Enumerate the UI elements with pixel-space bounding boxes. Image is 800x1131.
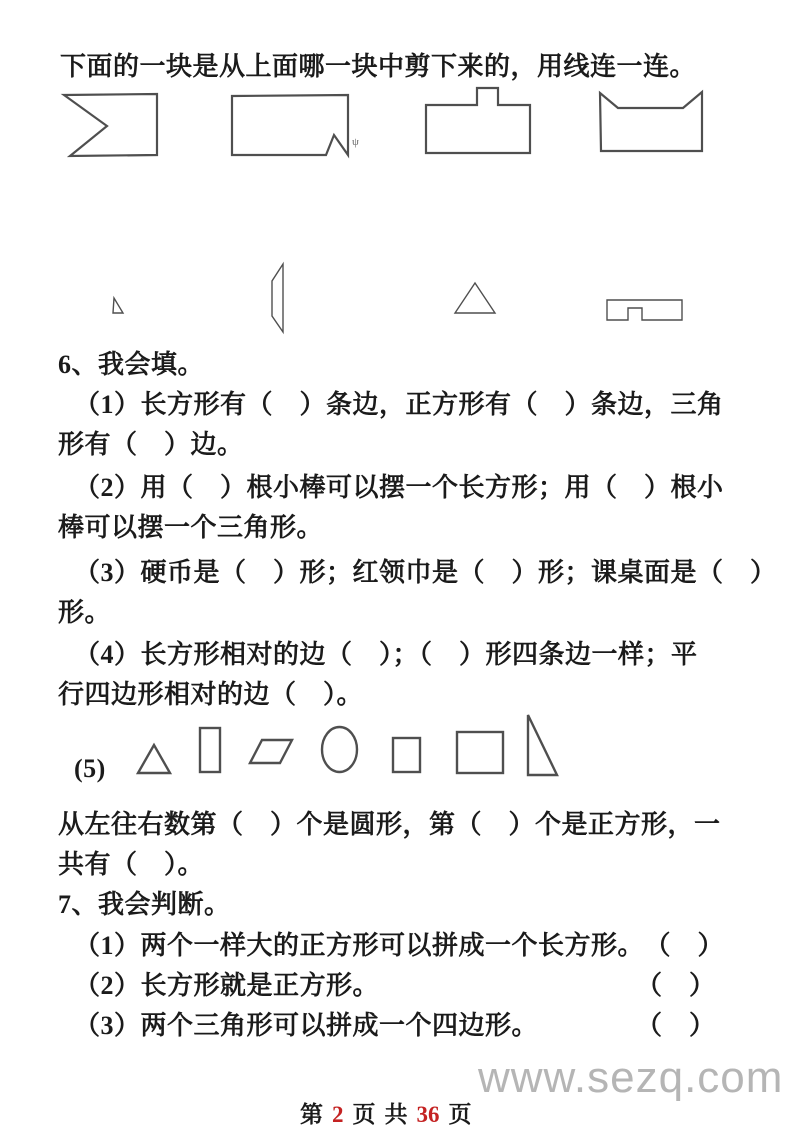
square-shape (457, 732, 503, 773)
q6-item5-label: (5) (74, 754, 106, 784)
q6-item1-line1: （1）长方形有（ ）条边，正方形有（ ）条边，三角 (74, 384, 724, 421)
q7-item2-answer-brackets: （ ） (636, 965, 716, 1002)
footer-mid1: 页 (353, 1102, 376, 1127)
rectangle-with-left-v-notch-shape (64, 94, 157, 156)
q6-item4-line1: （4）长方形相对的边（ ）；（ ）形四条边一样；平 (74, 634, 698, 671)
q6-item2-line1: （2）用（ ）根小棒可以摆一个长方形；用（ ）根小 (74, 467, 724, 504)
q6-item2-line2: 棒可以摆一个三角形。 (58, 507, 323, 544)
worksheet-page: 下面的一块是从上面哪一块中剪下来的，用线连一连。 ψ 6、我会填。 （1）长方形… (0, 0, 800, 1131)
ellipse-shape (322, 727, 357, 772)
q7-item2-text: （2）长方形就是正方形。 (74, 965, 379, 1002)
tall-rectangle-shape (200, 728, 220, 772)
q6-item5-line1: 从左往右数第（ ）个是圆形，第（ ）个是正方形，一 (58, 804, 721, 841)
q6-item5-shapes-row (105, 710, 575, 780)
footer-total-pages: 36 (417, 1102, 440, 1127)
q7-item3-answer-brackets: （ ） (636, 1005, 716, 1042)
page-footer: 第2页共36页 (300, 1096, 481, 1129)
thin-sliver-shape (272, 264, 283, 332)
right-triangle-shape (528, 715, 557, 775)
q6-heading: 6、我会填。 (58, 344, 204, 381)
q7-item1: （1）两个一样大的正方形可以拼成一个长方形。 （ ） (74, 925, 724, 962)
q7-item3-text: （3）两个三角形可以拼成一个四边形。 (74, 1005, 538, 1042)
q6-item3-line1: （3）硬币是（ ）形；红领巾是（ ）形；课桌面是（ ） (74, 552, 777, 589)
worksheet-title: 下面的一块是从上面哪一块中剪下来的，用线连一连。 (60, 46, 696, 83)
triangle-piece-shape (455, 283, 495, 313)
rectangle-with-bottom-right-notch-shape (232, 95, 348, 155)
q6-item5-line2: 共有（ ）。 (58, 844, 204, 881)
artifact-psi-mark: ψ (352, 136, 359, 148)
q6-item3-line2: 形。 (58, 592, 111, 629)
footer-page-number: 2 (332, 1102, 344, 1127)
q7-heading: 7、我会判断。 (58, 884, 231, 921)
bar-with-bottom-notch-shape (607, 300, 682, 320)
parallelogram-shape (250, 740, 292, 763)
cut-pieces-row (90, 255, 710, 340)
q6-item1-line2: 形有（ ）边。 (58, 424, 244, 461)
q6-item4-line2: 行四边形相对的边（ ）。 (58, 674, 363, 711)
rectangle-with-top-v-notch-shape (600, 92, 702, 151)
small-rectangle-shape (393, 738, 420, 772)
triangle-shape (138, 745, 170, 773)
source-shapes-row: ψ (55, 83, 715, 173)
footer-suffix: 页 (449, 1102, 472, 1127)
small-right-triangle-shape (113, 298, 123, 313)
watermark-text: www.sezq.com (478, 1053, 783, 1103)
footer-mid2: 共 (385, 1102, 408, 1127)
footer-prefix: 第 (300, 1102, 323, 1127)
rectangle-with-top-tab-shape (426, 88, 530, 153)
